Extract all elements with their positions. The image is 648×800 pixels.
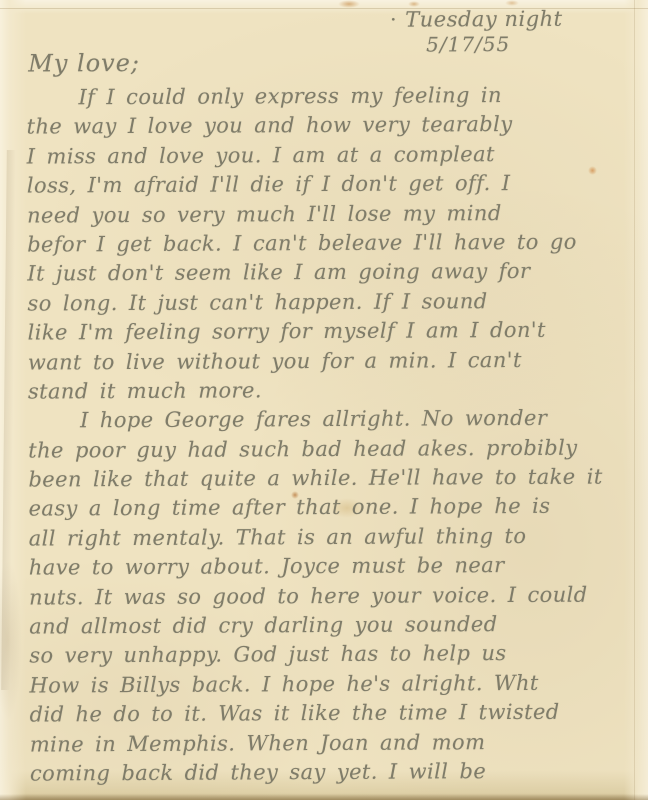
letter-line: nuts. It was so good to here your voice.… bbox=[29, 582, 635, 615]
letter-line: like I'm feeling sorry for myself I am I… bbox=[28, 318, 634, 351]
letter-line: coming back did they say yet. I will be bbox=[30, 758, 636, 791]
letter-line: have to worry about. Joyce must be near bbox=[29, 553, 635, 586]
letter-line: It just don't seem like I am going away … bbox=[27, 259, 633, 292]
letter-line: all right mentaly. That is an awful thin… bbox=[29, 523, 635, 556]
scanned-letter-page: ·Tuesday night 5/17/55 My love; If I cou… bbox=[0, 0, 648, 800]
pencil-dot-mark: · bbox=[390, 8, 397, 32]
letter-line: so long. It just can't happen. If I soun… bbox=[27, 288, 633, 321]
letter-date: 5/17/55 bbox=[426, 32, 510, 56]
letter-line: stand it much more. bbox=[28, 376, 634, 409]
letter-line: the way I love you and how very tearably bbox=[27, 112, 633, 145]
letter-line: easy a long time after that one. I hope … bbox=[29, 494, 635, 527]
letter-line: the poor guy had such bad head akes. pro… bbox=[28, 435, 634, 468]
letter-line: mine in Memphis. When Joan and mom bbox=[30, 729, 636, 762]
letter-line: so very unhappy. God just has to help us bbox=[29, 641, 635, 674]
letter-line: been like that quite a while. He'll have… bbox=[28, 464, 634, 497]
letter-line: I hope George fares allright. No wonder bbox=[28, 406, 634, 439]
letter-line: did he do to it. Was it like the time I … bbox=[30, 700, 636, 733]
letter-line: I miss and love you. I am at a compleat bbox=[27, 141, 633, 174]
letter-line: How is Billys back. I hope he's alright.… bbox=[29, 670, 635, 703]
letter-dateline: ·Tuesday night bbox=[390, 7, 563, 32]
letter-line: loss, I'm afraid I'll die if I don't get… bbox=[27, 171, 633, 204]
letter-line: want to live without you for a min. I ca… bbox=[28, 347, 634, 380]
letter-line: and allmost did cry darling you sounded bbox=[29, 611, 635, 644]
letter-content: ·Tuesday night 5/17/55 My love; If I cou… bbox=[0, 0, 648, 800]
letter-body: If I could only express my feeling in th… bbox=[26, 82, 636, 791]
letter-day-night: Tuesday night bbox=[405, 7, 563, 32]
letter-line: If I could only express my feeling in bbox=[26, 82, 632, 115]
letter-line: befor I get back. I can't beleave I'll h… bbox=[27, 229, 633, 262]
letter-salutation: My love; bbox=[28, 49, 140, 78]
letter-line: need you so very much I'll lose my mind bbox=[27, 200, 633, 233]
